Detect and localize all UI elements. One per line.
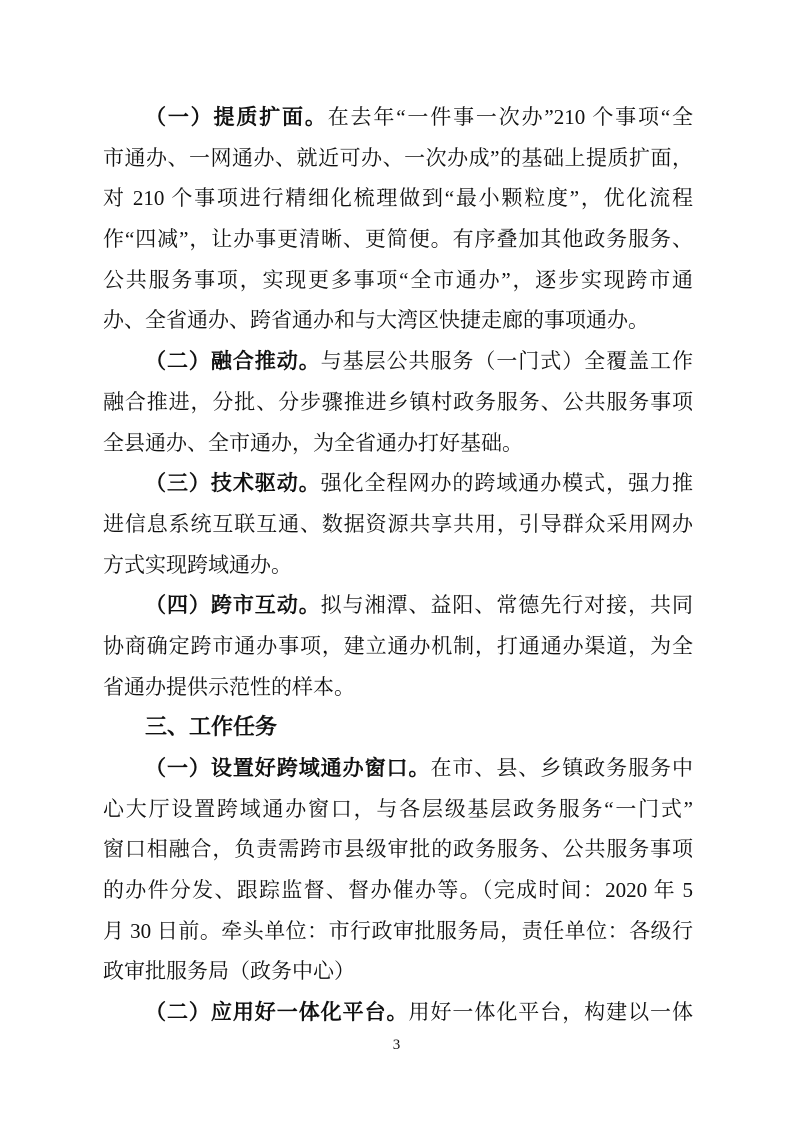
paragraph-quality-expansion: （一）提质扩面。在去年“一件事一次办”210 个事项“全 市通办、一网通办、就近… bbox=[103, 97, 693, 341]
paragraph-integrated-platform: （二）应用好一体化平台。用好一体化平台，构建以一体 bbox=[103, 992, 693, 1033]
paragraph-integration-promotion: （二）融合推动。与基层公共服务（一门式）全覆盖工作 融合推进，分批、分步骤推进乡… bbox=[103, 341, 693, 463]
paragraph-text: 月 30 日前。牵头单位：市行政审批服务局，责任单位：各级行 bbox=[103, 919, 693, 943]
paragraph-lead: （一）提质扩面。 bbox=[145, 105, 328, 129]
paragraph-text: 拟与湘潭、益阳、常德先行对接，共同 bbox=[321, 593, 693, 617]
section-heading-work-tasks: 三、工作任务 bbox=[103, 707, 693, 748]
paragraph-text: 全县通办、全市通办，为全省通办打好基础。 bbox=[103, 431, 523, 455]
paragraph-text: 强化全程网办的跨域通办模式，强力推 bbox=[321, 471, 693, 495]
paragraph-lead: （四）跨市互动。 bbox=[145, 593, 321, 617]
paragraph-line: 对 210 个事项进行精细化梳理做到“最小颗粒度”，优化流程 bbox=[103, 178, 693, 219]
paragraph-text: 市通办、一网通办、就近可办、一次办成”的基础上提质扩面， bbox=[103, 146, 693, 170]
paragraph-cross-domain-window: （一）设置好跨域通办窗口。在市、县、乡镇政务服务中 心大厅设置跨域通办窗口，与各… bbox=[103, 748, 693, 992]
paragraph-line: （二）融合推动。与基层公共服务（一门式）全覆盖工作 bbox=[103, 341, 693, 382]
paragraph-text: 用好一体化平台，构建以一体 bbox=[409, 1000, 694, 1024]
paragraph-line: 公共服务事项，实现更多事项“全市通办”，逐步实现跨市通 bbox=[103, 260, 693, 301]
paragraph-text: 融合推进，分批、分步骤推进乡镇村政务服务、公共服务事项 bbox=[103, 390, 693, 414]
paragraph-line: 窗口相融合，负责需跨市县级审批的政务服务、公共服务事项 bbox=[103, 829, 693, 870]
paragraph-text: 作“四减”，让办事更清晰、更简便。有序叠加其他政务服务、 bbox=[103, 227, 693, 251]
paragraph-technology-driven: （三）技术驱动。强化全程网办的跨域通办模式，强力推 进信息系统互联互通、数据资源… bbox=[103, 463, 693, 585]
page-number: 3 bbox=[0, 1037, 793, 1054]
paragraph-line: 的办件分发、跟踪监督、督办催办等。（完成时间：2020 年 5 bbox=[103, 870, 693, 911]
paragraph-line: （二）应用好一体化平台。用好一体化平台，构建以一体 bbox=[103, 992, 693, 1033]
paragraph-line: 方式实现跨域通办。 bbox=[103, 545, 693, 586]
paragraph-line: 省通办提供示范性的样本。 bbox=[103, 667, 693, 708]
paragraph-text: 方式实现跨域通办。 bbox=[103, 553, 292, 577]
paragraph-text: 在去年“一件事一次办”210 个事项“全 bbox=[328, 105, 693, 129]
paragraph-text: 心大厅设置跨域通办窗口，与各层级基层政务服务“一门式” bbox=[103, 797, 693, 821]
paragraph-text: 政审批服务局（政务中心） bbox=[103, 959, 355, 983]
paragraph-line: 办、全省通办、跨省通办和与大湾区快捷走廊的事项通办。 bbox=[103, 300, 693, 341]
paragraph-text: 办、全省通办、跨省通办和与大湾区快捷走廊的事项通办。 bbox=[103, 308, 649, 332]
paragraph-text: 在市、县、乡镇政务服务中 bbox=[430, 756, 693, 780]
paragraph-lead: （二）应用好一体化平台。 bbox=[145, 1000, 409, 1024]
paragraph-text: 省通办提供示范性的样本。 bbox=[103, 675, 355, 699]
paragraph-lead: （三）技术驱动。 bbox=[145, 471, 321, 495]
paragraph-text: 协商确定跨市通办事项，建立通办机制，打通通办渠道，为全 bbox=[103, 634, 693, 658]
paragraph-line: 政审批服务局（政务中心） bbox=[103, 951, 693, 992]
paragraph-text: 窗口相融合，负责需跨市县级审批的政务服务、公共服务事项 bbox=[103, 837, 693, 861]
paragraph-text: 公共服务事项，实现更多事项“全市通办”，逐步实现跨市通 bbox=[103, 268, 693, 292]
paragraph-line: 月 30 日前。牵头单位：市行政审批服务局，责任单位：各级行 bbox=[103, 911, 693, 952]
paragraph-text: 的办件分发、跟踪监督、督办催办等。（完成时间：2020 年 5 bbox=[103, 878, 693, 902]
document-page: （一）提质扩面。在去年“一件事一次办”210 个事项“全 市通办、一网通办、就近… bbox=[0, 0, 793, 1122]
paragraph-line: （四）跨市互动。拟与湘潭、益阳、常德先行对接，共同 bbox=[103, 585, 693, 626]
paragraph-text: 对 210 个事项进行精细化梳理做到“最小颗粒度”，优化流程 bbox=[103, 186, 693, 210]
paragraph-line: （三）技术驱动。强化全程网办的跨域通办模式，强力推 bbox=[103, 463, 693, 504]
paragraph-text: 进信息系统互联互通、数据资源共享共用，引导群众采用网办 bbox=[103, 512, 693, 536]
paragraph-line: （一）设置好跨域通办窗口。在市、县、乡镇政务服务中 bbox=[103, 748, 693, 789]
paragraph-line: 进信息系统互联互通、数据资源共享共用，引导群众采用网办 bbox=[103, 504, 693, 545]
paragraph-line: 协商确定跨市通办事项，建立通办机制，打通通办渠道，为全 bbox=[103, 626, 693, 667]
paragraph-line: 市通办、一网通办、就近可办、一次办成”的基础上提质扩面， bbox=[103, 138, 693, 179]
paragraph-line: 心大厅设置跨域通办窗口，与各层级基层政务服务“一门式” bbox=[103, 789, 693, 830]
paragraph-lead: （二）融合推动。 bbox=[145, 349, 321, 373]
paragraph-line: 融合推进，分批、分步骤推进乡镇村政务服务、公共服务事项 bbox=[103, 382, 693, 423]
paragraph-text: 与基层公共服务（一门式）全覆盖工作 bbox=[321, 349, 693, 373]
paragraph-line: 作“四减”，让办事更清晰、更简便。有序叠加其他政务服务、 bbox=[103, 219, 693, 260]
document-body: （一）提质扩面。在去年“一件事一次办”210 个事项“全 市通办、一网通办、就近… bbox=[103, 97, 693, 1033]
paragraph-cross-city-interaction: （四）跨市互动。拟与湘潭、益阳、常德先行对接，共同 协商确定跨市通办事项，建立通… bbox=[103, 585, 693, 707]
paragraph-line: 全县通办、全市通办，为全省通办打好基础。 bbox=[103, 423, 693, 464]
paragraph-line: （一）提质扩面。在去年“一件事一次办”210 个事项“全 bbox=[103, 97, 693, 138]
paragraph-lead: （一）设置好跨域通办窗口。 bbox=[145, 756, 430, 780]
